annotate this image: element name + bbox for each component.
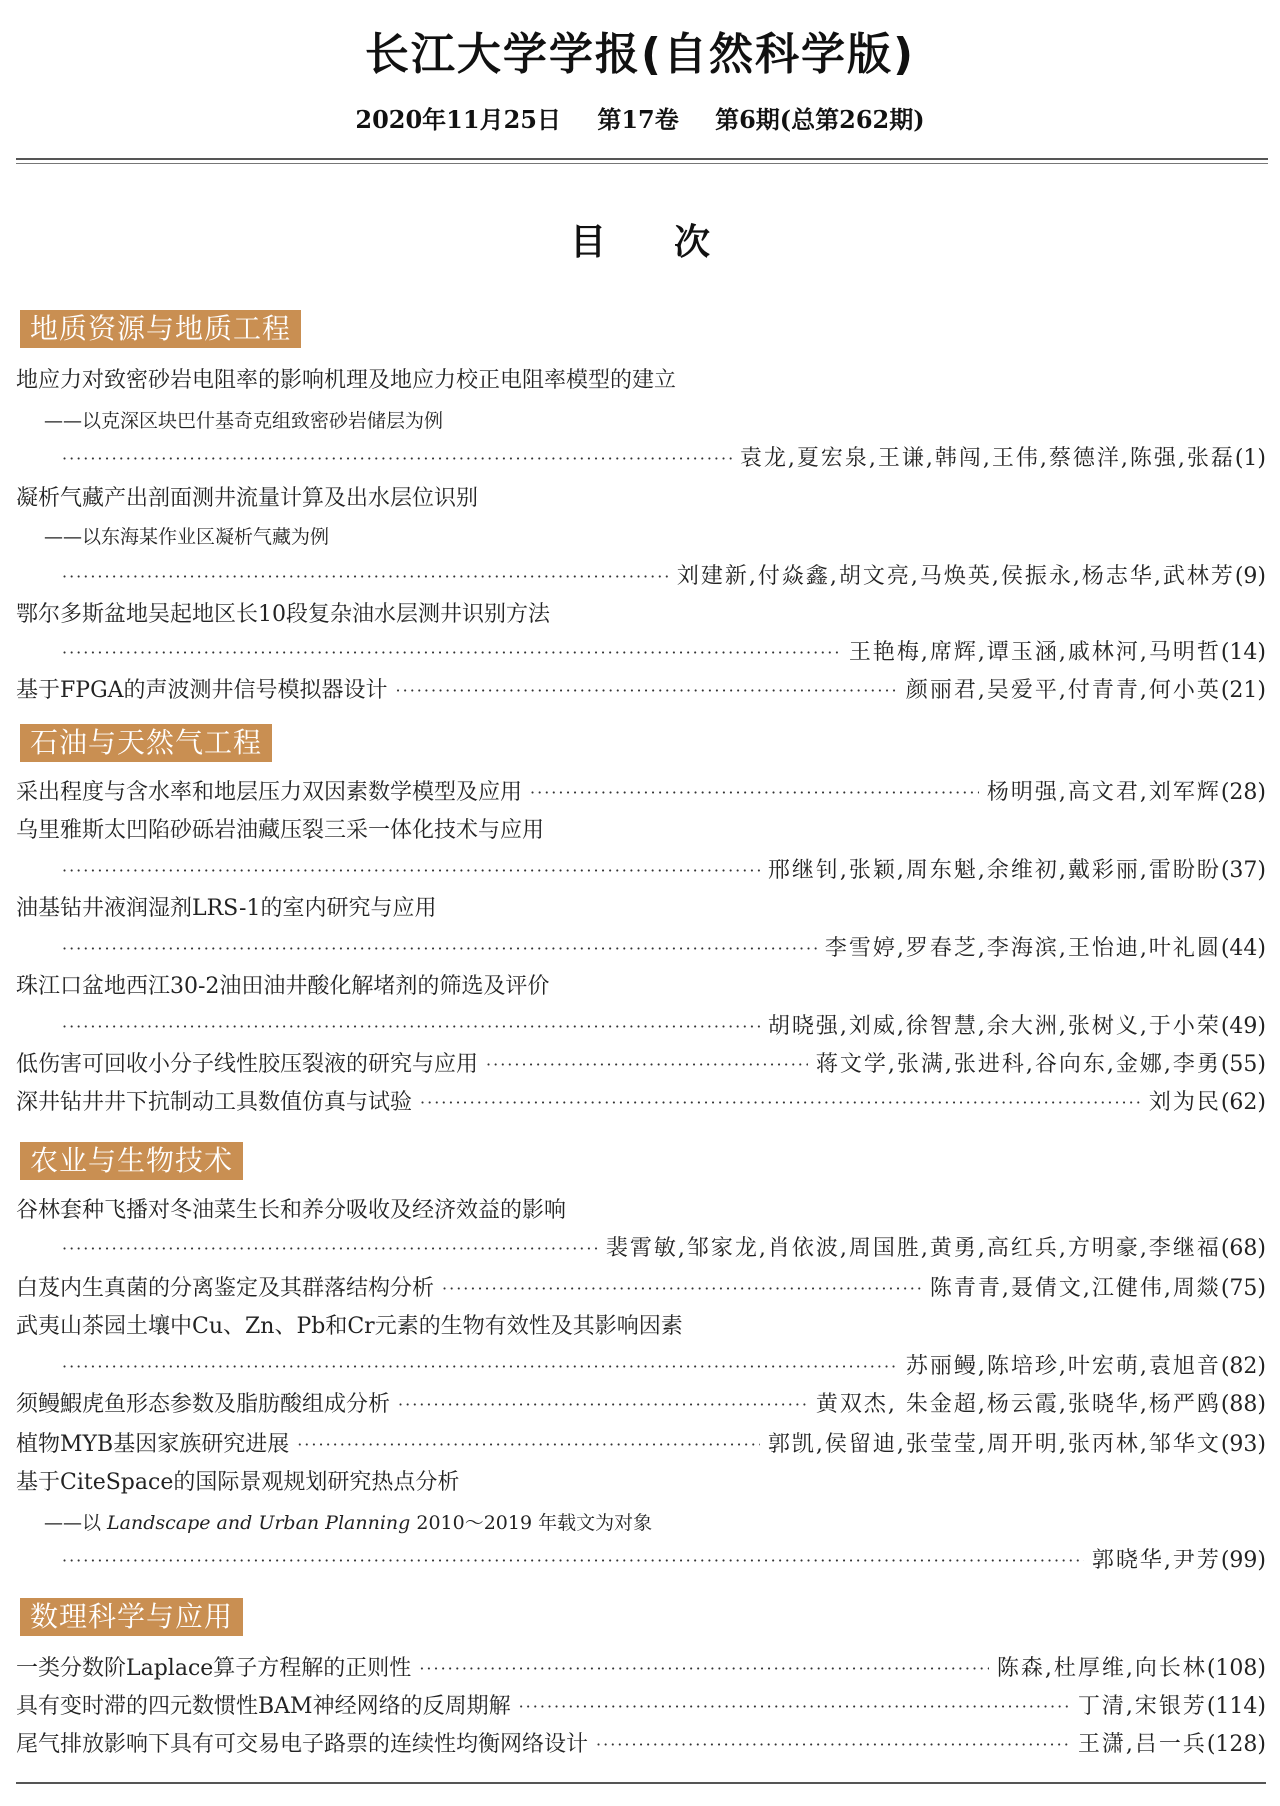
toc-entry-authors-line[interactable]: 胡晓强,刘威,徐智慧,余大洲,张树义,于小荣(49) bbox=[16, 1010, 1266, 1044]
journal-title: 长江大学学报(自然科学版) bbox=[0, 18, 1280, 82]
issue-volume: 第17卷 bbox=[597, 105, 678, 134]
leader-dots bbox=[442, 1272, 922, 1306]
leader-dots bbox=[398, 1388, 808, 1422]
toc-entry-authors-line[interactable]: 李雪婷,罗春芝,李海滨,王怡迪,叶礼圆(44) bbox=[16, 932, 1266, 966]
toc-entry[interactable]: 低伤害可回收小分子线性胶压裂液的研究与应用 蒋文学,张满,张进科,谷向东,金娜,… bbox=[16, 1048, 1266, 1082]
toc-entry[interactable]: 基于FPGA的声波测井信号模拟器设计 颜丽君,吴爱平,付青青,何小英(21) bbox=[16, 674, 1266, 708]
toc-entry-authors-line[interactable]: 刘建新,付焱鑫,胡文亮,马焕英,侯振永,杨志华,武林芳(9) bbox=[16, 560, 1266, 594]
leader-dots bbox=[62, 1350, 898, 1384]
toc-entry-title[interactable]: 地应力对致密砂岩电阻率的影响机理及地应力校正电阻率模型的建立 bbox=[16, 364, 1266, 398]
toc-entry[interactable]: 一类分数阶Laplace算子方程解的正则性 陈森,杜厚维,向长林(108) bbox=[16, 1652, 1266, 1686]
leader-dots bbox=[62, 932, 817, 966]
toc-entry-subtitle: ——以克深区块巴什基奇克组致密砂岩储层为例 bbox=[16, 404, 1266, 438]
toc-entry-title[interactable]: 乌里雅斯太凹陷砂砾岩油藏压裂三采一体化技术与应用 bbox=[16, 814, 1266, 848]
header-double-rule bbox=[16, 158, 1268, 164]
leader-dots bbox=[519, 1690, 1070, 1724]
toc-heading: 目次 bbox=[0, 214, 1280, 265]
leader-dots bbox=[530, 776, 979, 810]
leader-dots bbox=[486, 1048, 808, 1082]
section-header-petroleum: 石油与天然气工程 bbox=[20, 724, 272, 762]
leader-dots bbox=[419, 1652, 989, 1686]
toc-entry-title[interactable]: 基于CiteSpace的国际景观规划研究热点分析 bbox=[16, 1466, 1266, 1500]
leader-dots bbox=[62, 1232, 598, 1266]
section-header-agriculture: 农业与生物技术 bbox=[20, 1142, 243, 1180]
toc-entry-authors-line[interactable]: 王艳梅,席辉,谭玉涵,戚林河,马明哲(14) bbox=[16, 636, 1266, 670]
leader-dots bbox=[62, 854, 760, 888]
toc-entry[interactable]: 采出程度与含水率和地层压力双因素数学模型及应用 杨明强,高文君,刘军辉(28) bbox=[16, 776, 1266, 810]
issue-date: 2020年11月25日 bbox=[355, 105, 561, 134]
toc-entry-title[interactable]: 凝析气藏产出剖面测井流量计算及出水层位识别 bbox=[16, 482, 1266, 516]
toc-entry-authors-line[interactable]: 苏丽鳗,陈培珍,叶宏萌,袁旭音(82) bbox=[16, 1350, 1266, 1384]
toc-entry-title[interactable]: 谷林套种飞播对冬油菜生长和养分吸收及经济效益的影响 bbox=[16, 1194, 1266, 1228]
toc-entry-subtitle: ——以东海某作业区凝析气藏为例 bbox=[16, 520, 1266, 554]
toc-entry[interactable]: 白芨内生真菌的分离鉴定及其群落结构分析 陈青青,聂倩文,江健伟,周燚(75) bbox=[16, 1272, 1266, 1306]
toc-entry[interactable]: 植物MYB基因家族研究进展 郭凯,侯留迪,张莹莹,周开明,张丙林,邹华文(93) bbox=[16, 1428, 1266, 1462]
toc-entry-title[interactable]: 油基钻井液润湿剂LRS-1的室内研究与应用 bbox=[16, 892, 1266, 926]
toc-entry-authors-line[interactable]: 裴霄敏,邹家龙,肖依波,周国胜,黄勇,高红兵,方明豪,李继福(68) bbox=[16, 1232, 1266, 1266]
toc-entry-title[interactable]: 武夷山茶园土壤中Cu、Zn、Pb和Cr元素的生物有效性及其影响因素 bbox=[16, 1310, 1266, 1344]
leader-dots bbox=[62, 442, 732, 476]
footer-rule bbox=[16, 1782, 1266, 1784]
issue-line: 2020年11月25日 第17卷 第6期(总第262期) bbox=[0, 100, 1280, 135]
toc-entry[interactable]: 须鳗鰕虎鱼形态参数及脂肪酸组成分析 黄双杰, 朱金超,杨云霞,张晓华,杨严鸥(8… bbox=[16, 1388, 1266, 1422]
leader-dots bbox=[62, 1010, 760, 1044]
toc-entry[interactable]: 尾气排放影响下具有可交易电子路票的连续性均衡网络设计 王潇,吕一兵(128) bbox=[16, 1728, 1266, 1762]
leader-dots bbox=[420, 1086, 1141, 1120]
toc-entry-authors-line[interactable]: 邢继钊,张颖,周东魁,余维初,戴彩丽,雷盼盼(37) bbox=[16, 854, 1266, 888]
leader-dots bbox=[62, 636, 841, 670]
section-header-math: 数理科学与应用 bbox=[20, 1598, 243, 1636]
toc-entry[interactable]: 具有变时滞的四元数惯性BAM神经网络的反周期解 丁清,宋银芳(114) bbox=[16, 1690, 1266, 1724]
leader-dots bbox=[396, 674, 898, 708]
leader-dots bbox=[62, 1544, 1084, 1578]
leader-dots bbox=[62, 560, 669, 594]
toc-entry-authors-line[interactable]: 袁龙,夏宏泉,王谦,韩闯,王伟,蔡德洋,陈强,张磊(1) bbox=[16, 442, 1266, 476]
toc-entry-subtitle: ——以 Landscape and Urban Planning 2010～20… bbox=[16, 1506, 1266, 1540]
toc-entry-authors-line[interactable]: 郭晓华,尹芳(99) bbox=[16, 1544, 1266, 1578]
issue-number: 第6期(总第262期) bbox=[715, 105, 925, 134]
toc-entry-title[interactable]: 鄂尔多斯盆地吴起地区长10段复杂油水层测井识别方法 bbox=[16, 598, 1266, 632]
toc-entry-title[interactable]: 珠江口盆地西江30-2油田油井酸化解堵剂的筛选及评价 bbox=[16, 970, 1266, 1004]
leader-dots bbox=[297, 1428, 760, 1462]
toc-entry[interactable]: 深井钻井井下抗制动工具数值仿真与试验 刘为民(62) bbox=[16, 1086, 1266, 1120]
section-header-geology: 地质资源与地质工程 bbox=[20, 310, 301, 348]
leader-dots bbox=[596, 1728, 1070, 1762]
